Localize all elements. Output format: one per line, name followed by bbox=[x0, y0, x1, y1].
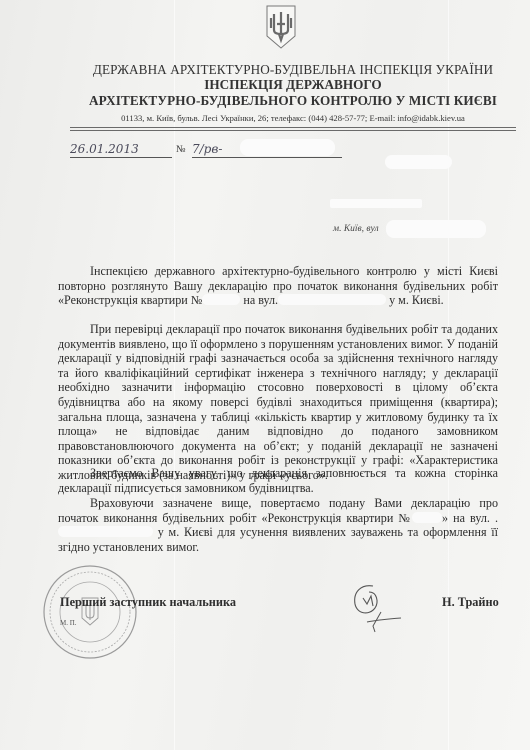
redaction bbox=[330, 199, 422, 208]
addressee-address: м. Київ, вул кв bbox=[333, 224, 379, 234]
inspection-name-line2: АРХІТЕКТУРНО-БУДІВЕЛЬНОГО КОНТРОЛЮ У МІС… bbox=[70, 93, 516, 109]
redaction bbox=[386, 220, 486, 238]
header-rule bbox=[70, 130, 516, 131]
redaction bbox=[412, 512, 442, 523]
signatory-title: Перший заступник начальника bbox=[60, 595, 236, 610]
paragraph-return: Враховуючи зазначене вище, повертаємо по… bbox=[58, 496, 498, 554]
agency-name: ДЕРЖАВНА АРХІТЕКТУРНО-БУДІВЕЛЬНА ІНСПЕКЦ… bbox=[70, 62, 516, 78]
paragraph-intro: Інспекцією державного архітектурно-будів… bbox=[58, 264, 498, 308]
number-label: № bbox=[176, 144, 186, 155]
outgoing-date: 26.01.2013 bbox=[70, 142, 172, 158]
redaction bbox=[202, 294, 240, 305]
official-round-seal-icon bbox=[42, 564, 138, 660]
paragraph-violations: При перевірці декларації про початок вик… bbox=[58, 322, 498, 483]
header-rule bbox=[70, 127, 516, 128]
text: » на вул. . bbox=[442, 511, 498, 525]
text: у м. Києві. bbox=[389, 293, 444, 307]
addressee-street-label: м. Київ, вул bbox=[333, 224, 379, 234]
paragraph-notice: Звертаємо Вашу увагу, що декларація запо… bbox=[58, 466, 498, 495]
redaction bbox=[385, 155, 452, 169]
inspection-name-line1: ІНСПЕКЦІЯ ДЕРЖАВНОГО bbox=[70, 77, 516, 93]
handwritten-signature-icon bbox=[345, 578, 407, 634]
redaction bbox=[278, 294, 386, 305]
redaction bbox=[240, 139, 335, 156]
text: Звертаємо Вашу увагу, що декларація запо… bbox=[58, 466, 498, 495]
trident-emblem-icon bbox=[265, 4, 297, 50]
text: При перевірці декларації про початок вик… bbox=[58, 322, 498, 483]
signatory-name: Н. Трайно bbox=[442, 595, 499, 610]
letter-page: ДЕРЖАВНА АРХІТЕКТУРНО-БУДІВЕЛЬНА ІНСПЕКЦ… bbox=[0, 0, 530, 750]
text: на вул. bbox=[243, 293, 278, 307]
seal-place-label: М. П. bbox=[60, 619, 77, 627]
contact-details: 01133, м. Київ, бульв. Лесі Українки, 26… bbox=[70, 113, 516, 123]
redaction bbox=[58, 526, 153, 537]
